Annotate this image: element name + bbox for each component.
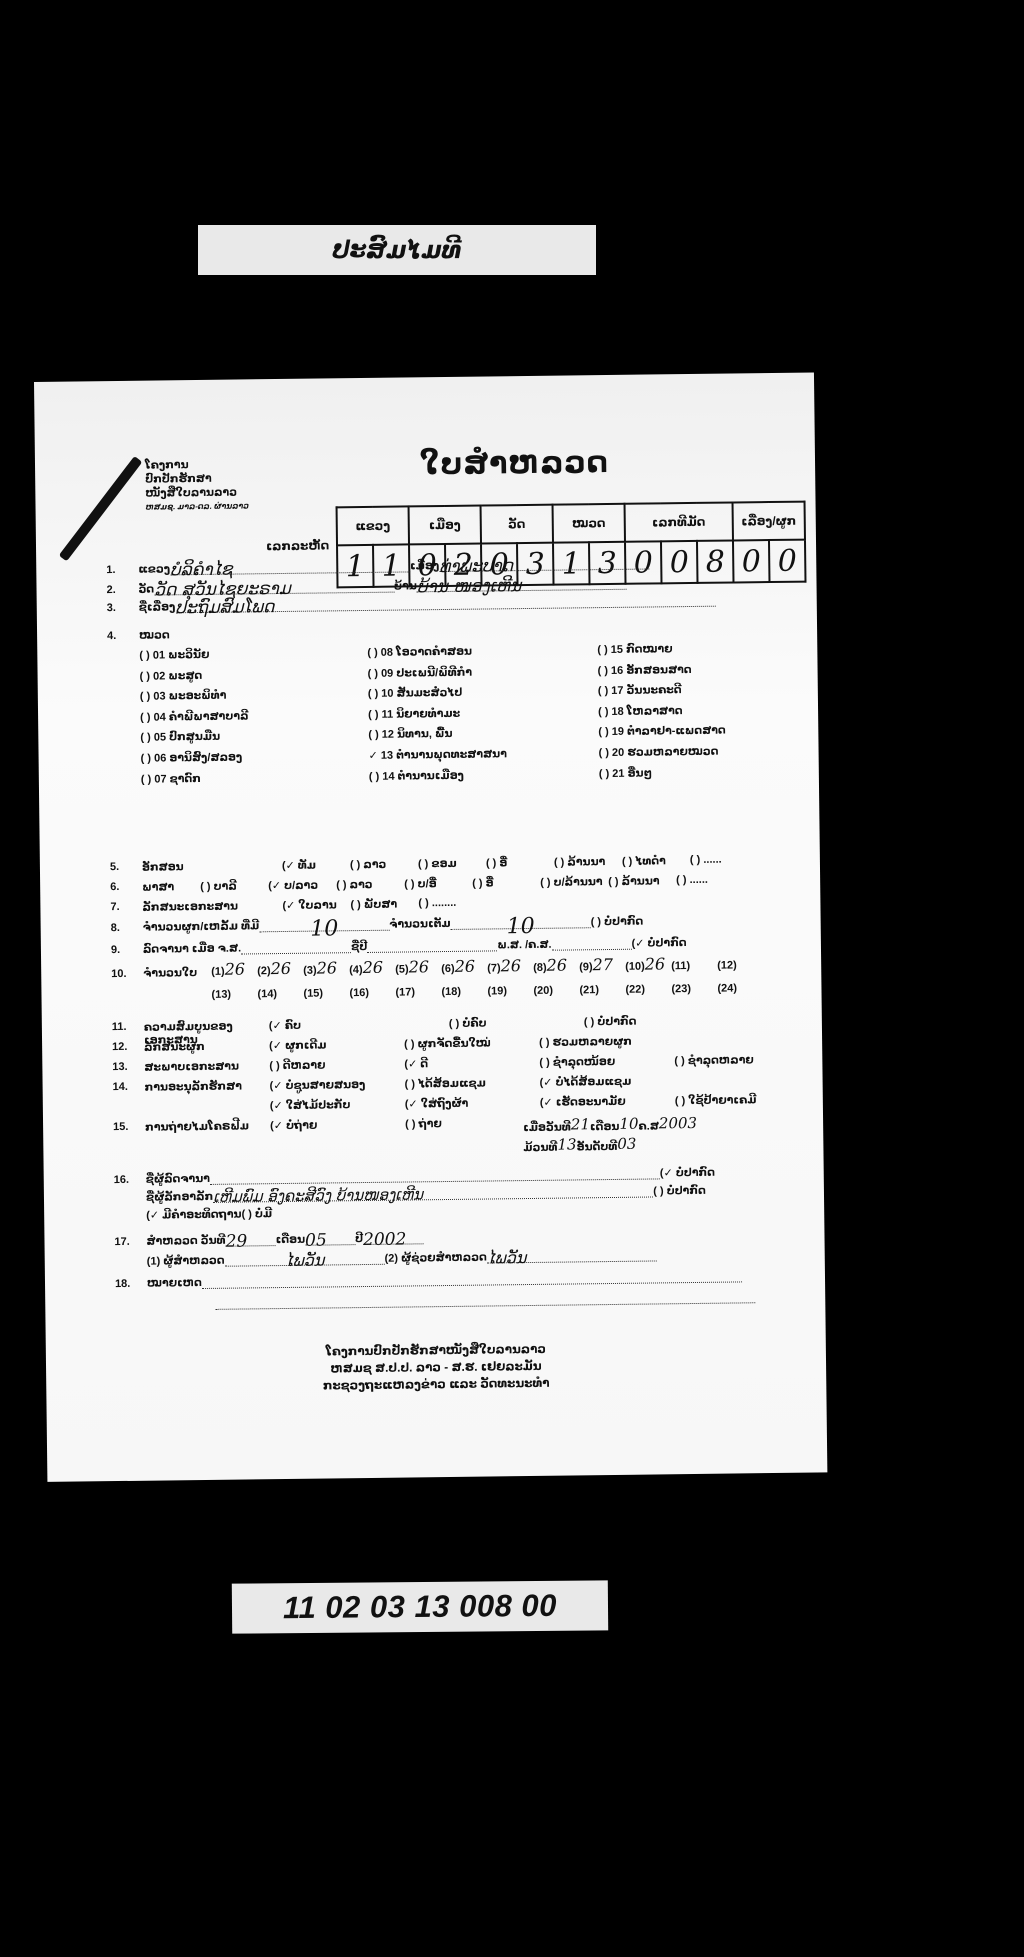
remarks-value[interactable] (202, 1267, 742, 1289)
label: ມ້ວນທີ (523, 1141, 557, 1154)
fascicle-count[interactable]: (7)26 (487, 956, 533, 976)
fascicle-count[interactable]: (9)27 (579, 955, 625, 975)
checkbox-option[interactable]: ( ) ພັບສາ (350, 897, 418, 911)
option-row: 13.ສະພາບເອກະສານ( ) ດີຫລາຍ(✓ ດີ( ) ຊໍາລຸດ… (112, 1053, 809, 1075)
field-label: ຊື່ຜູ້ລັກອາລັກ (146, 1190, 213, 1204)
code-header-cell: ເລື່ອງ/ຜູກ (733, 502, 805, 541)
fascicle-number: (24) (717, 982, 737, 994)
label: ເມື່ອວັນທີ (523, 1120, 571, 1134)
code-header-cell: ແຂວງ (337, 506, 409, 545)
unknown-checkbox[interactable]: ( ) ບໍ່ປາກົດ (653, 1184, 706, 1198)
option-row: 7.ລັກສນະເອກະສານ(✓ ໃບລານ( ) ພັບສາ( ) ....… (110, 897, 486, 915)
label: ເດືອນ (590, 1120, 620, 1133)
checkbox-option[interactable]: (✓ ໃສ່ຖົງຜ້າ (405, 1096, 540, 1111)
code-digit-cell: 8 (697, 540, 734, 582)
checkbox-option[interactable]: (✓ ບໍ່ໄດ້ສ້ອມແຊມ (540, 1074, 675, 1089)
fascicle-count[interactable]: (21) (579, 978, 625, 998)
code-header-cell: ວັດ (481, 505, 553, 544)
fascicle-number: (19) (487, 985, 507, 997)
category-option[interactable]: ( ) 15 ກົດໝາຍ (597, 639, 725, 661)
fascicle-value: 26 (225, 959, 246, 978)
field-number: 4. (107, 630, 139, 642)
checkbox-option[interactable]: ( ) ຂອມ (418, 857, 486, 871)
field-number: 6. (110, 881, 142, 894)
field-value-2[interactable]: ບ້ານ ໜອງເຫີນ (417, 575, 627, 593)
checkbox-option[interactable]: (✓ ດີ (404, 1056, 539, 1071)
field-label-2: ຈໍານວນເຕັມ (389, 917, 451, 931)
org-line-1: ໂຄງການ (145, 457, 249, 472)
volumes-present[interactable]: 10 (259, 916, 389, 933)
code-header-cell: ໝວດ (553, 504, 625, 543)
code-digit-cell: 0 (733, 540, 770, 582)
fascicle-value: 27 (592, 955, 613, 974)
fascicle-count[interactable]: (22) (625, 977, 671, 997)
field-number: 2. (106, 584, 138, 596)
category-option[interactable]: ( ) 16 ອັກສອນສາດ (597, 659, 725, 681)
code-label: ເລກລະຫັດ (266, 538, 329, 553)
fascicle-value: 26 (501, 956, 522, 975)
category-option[interactable]: ( ) 11 ນິຍາຍທໍາມະ (368, 703, 507, 725)
checkbox-option[interactable]: ( ) ບໍ່ມີ (241, 1207, 272, 1220)
code-header-cell: ເມືອງ (409, 506, 481, 545)
year-value[interactable]: 2003 (659, 1114, 697, 1132)
category-option[interactable]: ( ) 01 ພະວິນັຍ (139, 644, 248, 666)
checkbox-option[interactable]: (✓ ບ/ລາວ (268, 878, 336, 892)
category-option[interactable]: ( ) 20 ຮວມຫລາຍໝວດ (598, 742, 726, 764)
fascicle-count[interactable]: (10)26 (625, 954, 671, 974)
field-label: ສໍາຫລວດ ວັນທີ (146, 1234, 225, 1248)
fascicle-count[interactable]: (1)26 (211, 959, 257, 979)
category-option[interactable]: ( ) 21 ອື່ນໆ (599, 762, 727, 784)
fascicle-count[interactable]: (6)26 (441, 957, 487, 977)
field-value[interactable]: ວັດ ສຸວັນໄຊຍະຣາມ (154, 578, 394, 596)
row-9: 9.ລົດຈານາ ເມື່ອ ຈ.ສ. ຊື່ປີ ພ.ສ. /ຄ.ສ. (✓… (111, 934, 687, 956)
fascicle-count[interactable]: (5)26 (395, 957, 441, 977)
field-label: ໝາຍເຫດ (147, 1276, 202, 1290)
fascicle-value: 26 (547, 956, 568, 975)
checkbox-option[interactable]: (✓ ບໍ່ຖ່າຍ (270, 1118, 405, 1133)
field-label: ອັກສອນ (142, 859, 282, 874)
fascicle-number: (1) (211, 966, 225, 978)
fascicle-count[interactable]: (19) (487, 979, 533, 999)
label: ອັນດັບທີ (576, 1140, 617, 1153)
checkbox-option[interactable]: (✓ ຜູກເດີມ (269, 1038, 404, 1053)
year-name-value[interactable] (367, 936, 497, 953)
checkbox-option[interactable]: (✓ ເຮັດອະນາມັຍ (540, 1094, 675, 1109)
code-digit-cell: 0 (769, 540, 806, 582)
field-label: ລົດຈານາ ເມື່ອ ຈ.ສ. (143, 942, 241, 956)
fascicle-count[interactable]: (11) (671, 954, 717, 974)
checkbox-option[interactable]: ( ) ...... (676, 873, 744, 887)
field-number: 15. (113, 1121, 145, 1134)
fascicle-number: (22) (625, 984, 645, 996)
fascicle-number: (2) (257, 965, 271, 977)
checkbox-option[interactable]: (✓ ທັມ (282, 858, 350, 872)
fascicle-number: (17) (395, 986, 415, 998)
field-number: 18. (115, 1278, 147, 1290)
fascicle-number: (15) (303, 988, 323, 1000)
label: (2) ຜູ້ຊ່ວຍສໍາຫລວດ (385, 1251, 487, 1265)
category-option[interactable]: ( ) 12 ນິທານ, ພື້ນ (368, 724, 507, 746)
field-number: 9. (111, 944, 143, 956)
be-ce-value[interactable] (551, 935, 631, 951)
bottom-code-text: 11 02 03 13 008 00 (283, 1588, 557, 1626)
remarks-row: 18.ໝາຍເຫດ (115, 1267, 742, 1290)
org-line-3: ໜັງສືໃບລານລາວ (145, 485, 249, 500)
checkbox-option[interactable]: (✓ ໃສ່ໄມ້ປະກັບ (270, 1098, 405, 1113)
checkbox-option[interactable]: ( ) ຮວມຫລາຍຜູກ (539, 1034, 674, 1049)
fascicle-number: (12) (717, 959, 737, 971)
top-label-strip: ປະສົມໄມທີ (198, 225, 596, 275)
checkbox-option[interactable]: ( ) ລ້ານນາ (608, 874, 676, 888)
code-header-cell: ເລກທີມັດ (625, 502, 733, 541)
field-number: 3. (107, 602, 139, 614)
bottom-code-strip: 11 02 03 13 008 00 (232, 1580, 608, 1633)
category-heading: 4.ໝວດ (107, 628, 170, 642)
document-title: ໃບສໍາຫລວດ (420, 445, 609, 482)
fascicle-count[interactable]: (23) (671, 977, 717, 997)
option-row: (✓ ໃສ່ໄມ້ປະກັບ(✓ ໃສ່ຖົງຜ້າ(✓ ເຮັດອະນາມັຍ… (113, 1093, 810, 1115)
field-number (113, 1101, 145, 1114)
checkbox-option[interactable]: ( ) ບ/ອື່ (404, 877, 472, 891)
organization-block: ໂຄງການ ປົກປັກຮັກສາ ໜັງສືໃບລານລາວ ຫສມຊ. ມ… (145, 457, 249, 514)
fascicle-number: (21) (579, 984, 599, 996)
field-label: ຊື່ເລື່ອງ (139, 600, 176, 613)
footer-organization: ໂຄງການປົກປັກຮັກສາໜັງສືໃບລານລາວ ຫສມຊ ສ.ປ.… (286, 1340, 587, 1395)
fascicle-number: (3) (303, 965, 317, 977)
checkbox-option[interactable]: ( ) ຜູກຈັດຂື້ນໃໝ່ (404, 1036, 539, 1051)
row-8: 8.ຈໍານວນຜູກ/ເຫລັ້ມ ທີ່ມີ10 ຈໍານວນເຕັມ 10… (111, 913, 644, 935)
field-label: (1) ຜູ້ສໍາຫລວດ (147, 1254, 225, 1268)
checkbox-option[interactable]: ( ) ໄທດໍາ (622, 854, 690, 868)
fascicle-count[interactable]: (4)26 (349, 958, 395, 978)
category-option[interactable]: ( ) 10 ສັນມະສໍ່ວໄປ (368, 682, 507, 704)
fascicle-count[interactable]: (18) (441, 980, 487, 1000)
category-option[interactable]: ( ) 08 ໂອວາດຄໍາສອນ (367, 641, 506, 663)
category-option[interactable]: ( ) 18 ໂຫລາສາດ (598, 700, 726, 722)
fascicle-count[interactable]: (12) (717, 953, 763, 973)
microfilm-date: ເມື່ອວັນທີ 21 ເດືອນ 10 ຄ.ສ 2003 (523, 1114, 697, 1134)
field-label: ວັດ (138, 583, 154, 596)
field-label (145, 1099, 270, 1114)
category-option[interactable]: ( ) 04 ຄໍາພີພາສາບາລີ (140, 706, 249, 728)
field-label-2: ເມືອງ (410, 559, 439, 572)
option-row: 14.ການອະນຸລັກຮັກສາ(✓ ບໍ່ຊູນສາຍສນອງ( ) ໄດ… (113, 1074, 675, 1094)
logo-slash-icon (59, 456, 143, 561)
category-column: ( ) 01 ພະວິນັຍ( ) 02 ພະສູດ( ) 03 ພະອະພິທ… (139, 644, 249, 789)
checkbox-option[interactable]: ( ) ...... (690, 853, 758, 867)
fascicle-value: 26 (363, 958, 384, 977)
checkbox-option[interactable]: ( ) ຊໍາລຸດຫລາຍ (674, 1053, 809, 1068)
unknown-checkbox[interactable]: (✓ ບໍ່ປາກົດ (631, 936, 686, 950)
category-option[interactable]: ( ) 17 ວັນນະຄະດີ (598, 680, 726, 702)
unknown-checkbox[interactable]: (✓ ບໍ່ປາກົດ (660, 1166, 715, 1180)
fascicle-value: 26 (317, 958, 338, 977)
surveyor-row: (1) ຜູ້ສໍາຫລວດ ໄພວັນ (2) ຜູ້ຊ່ວຍສໍາຫລວດ … (115, 1246, 657, 1268)
checkbox-option[interactable]: ( ) ດີຫລາຍ (269, 1058, 404, 1073)
fascicle-number: (9) (579, 961, 593, 973)
survey-date-row: 17.ສໍາຫລວດ ວັນທີ 29 ເດືອນ 05 ປີ 2002 (114, 1229, 423, 1248)
field-label: ການອະນຸລັກຮັກສາ (145, 1079, 270, 1094)
fascicle-count[interactable]: (3)26 (303, 958, 349, 978)
fascicle-number: (5) (395, 963, 409, 975)
checkbox-option[interactable]: ( ) ໃຊ້ປ້າຍາເຄມີ (675, 1093, 810, 1108)
fascicle-number: (6) (441, 963, 455, 975)
field-label-3: ພ.ສ. /ຄ.ສ. (497, 938, 551, 952)
field-label: ການຖ່າຍໄມໂຄຣຟີມ (145, 1119, 270, 1134)
month-value[interactable]: 10 (619, 1115, 638, 1133)
fascicle-value: 26 (271, 959, 292, 978)
survey-day[interactable]: 29 (226, 1231, 276, 1247)
option-row: 5.ອັກສອນ(✓ ທັມ( ) ລາວ( ) ຂອມ( ) ອື່( ) ລ… (110, 853, 758, 874)
roll-value[interactable]: 13 (557, 1135, 576, 1153)
option-row: 6.ພາສາ( ) ບາລີ(✓ ບ/ລາວ( ) ລາວ( ) ບ/ອື່( … (110, 873, 744, 894)
surveyor-name[interactable]: ໄພວັນ (224, 1250, 384, 1267)
checkbox-option[interactable]: ( ) ຊໍາລຸດໜ້ອຍ (539, 1054, 674, 1069)
checkbox-option[interactable]: ( ) ອື່ (486, 856, 554, 870)
fascicle-value: 26 (409, 957, 430, 976)
field-label: ລັກສນະເອກະສານ (142, 899, 282, 914)
checkbox-option[interactable]: ( ) ລາວ (336, 878, 404, 892)
field-number: 14. (113, 1081, 145, 1094)
survey-form-paper: ໂຄງການ ປົກປັກຮັກສາ ໜັງສືໃບລານລາວ ຫສມຊ. ມ… (34, 372, 827, 1481)
category-option[interactable]: ( ) 05 ປົກສູນມືນ (140, 727, 249, 749)
category-column: ( ) 15 ກົດໝາຍ( ) 16 ອັກສອນສາດ( ) 17 ວັນນ… (597, 639, 726, 785)
fascicle-count[interactable]: (14) (257, 982, 303, 1002)
checkbox-option[interactable]: ( ) ບາລີ (200, 879, 268, 893)
label: ເດືອນ (276, 1233, 306, 1246)
sequence-value[interactable]: 03 (617, 1135, 636, 1153)
spacer (112, 1002, 212, 1003)
top-label-text: ປະສົມໄມທີ (333, 236, 462, 265)
fascicle-number: (23) (671, 983, 691, 995)
checkbox-option[interactable]: (✓ ມີຄໍາອະທິດຖານ (146, 1208, 242, 1222)
assistant-name[interactable]: ໄພວັນ (487, 1246, 657, 1263)
category-option[interactable]: ( ) 06 ອານິສົງ/ສລອງ (140, 747, 249, 769)
field-label: ລັກສນະຜູກ (144, 1039, 269, 1054)
category-option[interactable]: ( ) 09 ປະເພນີ/ພິທີກໍາ (367, 662, 506, 684)
field-number: 17. (114, 1236, 146, 1248)
microfilm-roll: ມ້ວນທີ 13 ອັນດັບທີ 03 (523, 1135, 636, 1154)
field-number: 7. (110, 901, 142, 914)
field-number: 10. (111, 968, 143, 980)
day-value[interactable]: 21 (571, 1115, 590, 1133)
fascicle-count[interactable]: (16) (349, 981, 395, 1001)
fascicle-number: (8) (533, 962, 547, 974)
label: ປີ (355, 1232, 363, 1245)
unknown-checkbox[interactable]: ( ) ບໍ່ປາກົດ (591, 915, 644, 929)
fascicle-count[interactable]: (8)26 (533, 955, 579, 975)
scribe-row: ຊື່ຜູ້ລັກອາລັກເຫີມພົມ ອົງຄະສີວົງ ບ້ານໜອງ… (114, 1182, 706, 1204)
category-option[interactable]: ✓ 13 ຕໍານານພຸດທະສາສນາ (368, 744, 507, 766)
volumes-total[interactable]: 10 (451, 913, 591, 930)
field-number: 5. (110, 861, 142, 874)
era-value[interactable] (241, 938, 351, 954)
field-number: 12. (112, 1041, 144, 1054)
fascicle-number: (13) (211, 989, 231, 1001)
category-column: ( ) 08 ໂອວາດຄໍາສອນ( ) 09 ປະເພນີ/ພິທີກໍາ(… (367, 641, 507, 787)
footer-line-3: ກະຊວງຖະແຫລງຂ່າວ ແລະ ວັດທະນະທໍາ (286, 1374, 586, 1395)
org-sub: ຫສມຊ. ມາລ-ດລ. ຜ່ານລາວ (145, 499, 249, 514)
checkbox-option[interactable]: ( ) ລາວ (350, 857, 418, 871)
fascicle-value: 26 (645, 954, 666, 973)
fascicle-number: (20) (533, 985, 553, 997)
checkbox-option[interactable]: ( ) ........ (418, 897, 486, 911)
field-value-2[interactable]: ທ່າພະບາດ (439, 554, 649, 572)
field-label: ພາສາ (142, 880, 200, 894)
row-10: 10.ຈໍານວນໃບ(1)26(2)26(3)26(4)26(5)26(6)2… (111, 953, 791, 1003)
scribe-value[interactable]: ເຫີມພົມ ອົງຄະສີວົງ ບ້ານໜອງເຫີນ (213, 1182, 653, 1202)
field-label: ຈໍານວນຜູກ/ເຫລັ້ມ ທີ່ມີ (143, 919, 260, 933)
fascicle-count[interactable]: (24) (717, 976, 763, 996)
fascicle-number: (7) (487, 962, 501, 974)
checkbox-option[interactable]: (✓ ບໍ່ຊູນສາຍສນອງ (270, 1078, 405, 1093)
code-digit-cell: 0 (661, 541, 698, 583)
checkbox-option[interactable]: ( ) ລ້ານນາ (554, 855, 622, 869)
fascicle-count[interactable]: (2)26 (257, 959, 303, 979)
field-label: ຈໍານວນໃບ (143, 966, 211, 980)
label: ຄ.ສ (638, 1119, 659, 1132)
category-option[interactable]: ( ) 14 ຕໍານານເມືອງ (369, 765, 508, 787)
field-number: 1. (106, 564, 138, 576)
remarks-value-2[interactable] (215, 1288, 755, 1310)
category-option[interactable]: ( ) 07 ຊາດົກ (141, 768, 250, 790)
fascicle-number: (11) (671, 960, 690, 972)
checkbox-option[interactable]: (✓ ໃບລານ (282, 898, 350, 912)
fascicle-value: 26 (455, 957, 476, 976)
fascicle-number: (16) (349, 987, 369, 999)
field-label: ແຂວງ (138, 562, 170, 575)
field-label: ໝວດ (139, 628, 170, 641)
fascicle-number: (14) (257, 988, 277, 1000)
category-option[interactable]: ( ) 02 ພະສູດ (139, 665, 248, 687)
author-value[interactable] (210, 1164, 660, 1184)
field-number: 8. (111, 922, 143, 934)
checkbox-option[interactable]: ( ) ໄດ້ສ້ອມແຊມ (405, 1076, 540, 1091)
fascicle-count[interactable]: (20) (533, 978, 579, 998)
org-line-2: ປົກປັກຮັກສາ (145, 471, 249, 486)
fascicle-number: (4) (349, 964, 363, 976)
prayer-row: (✓ ມີຄໍາອະທິດຖານ ( ) ບໍ່ມີ (114, 1207, 272, 1222)
field-label: ຊື່ຜູ້ລົດຈານາ (146, 1172, 210, 1186)
category-option[interactable]: ( ) 19 ຕໍາລາຢາ-ແພດສາດ (598, 721, 726, 743)
survey-month[interactable]: 05 (305, 1230, 355, 1246)
fascicle-number: (18) (441, 986, 461, 998)
option-row: 15.ການຖ່າຍໄມໂຄຣຟີມ(✓ ບໍ່ຖ່າຍ( ) ຖ່າຍ (113, 1116, 540, 1134)
fascicle-number: (10) (625, 961, 645, 973)
survey-year[interactable]: 2002 (363, 1229, 423, 1245)
field-value[interactable]: ບໍລິຄໍາໄຊ (170, 557, 410, 575)
field-number: 13. (112, 1061, 144, 1074)
checkbox-option[interactable]: ( ) ຖ່າຍ (405, 1116, 540, 1131)
fascicle-count[interactable]: (13) (211, 982, 257, 1002)
checkbox-option[interactable]: ( ) ບ/ລ້ານນາ (540, 875, 608, 889)
checkbox-option[interactable]: ( ) ອື່ (472, 876, 540, 890)
field-number: 16. (114, 1174, 146, 1186)
field-label-2: ບ້ານ (394, 579, 417, 592)
category-option[interactable]: ( ) 03 ພະອະພິທໍາ (140, 686, 249, 708)
fascicle-count[interactable]: (17) (395, 980, 441, 1000)
remarks-line-2 (215, 1288, 755, 1310)
field-label: ສະພາບເອກະສານ (144, 1059, 269, 1074)
field-label-2: ຊື່ປີ (351, 940, 367, 953)
fascicle-count[interactable]: (15) (303, 981, 349, 1001)
